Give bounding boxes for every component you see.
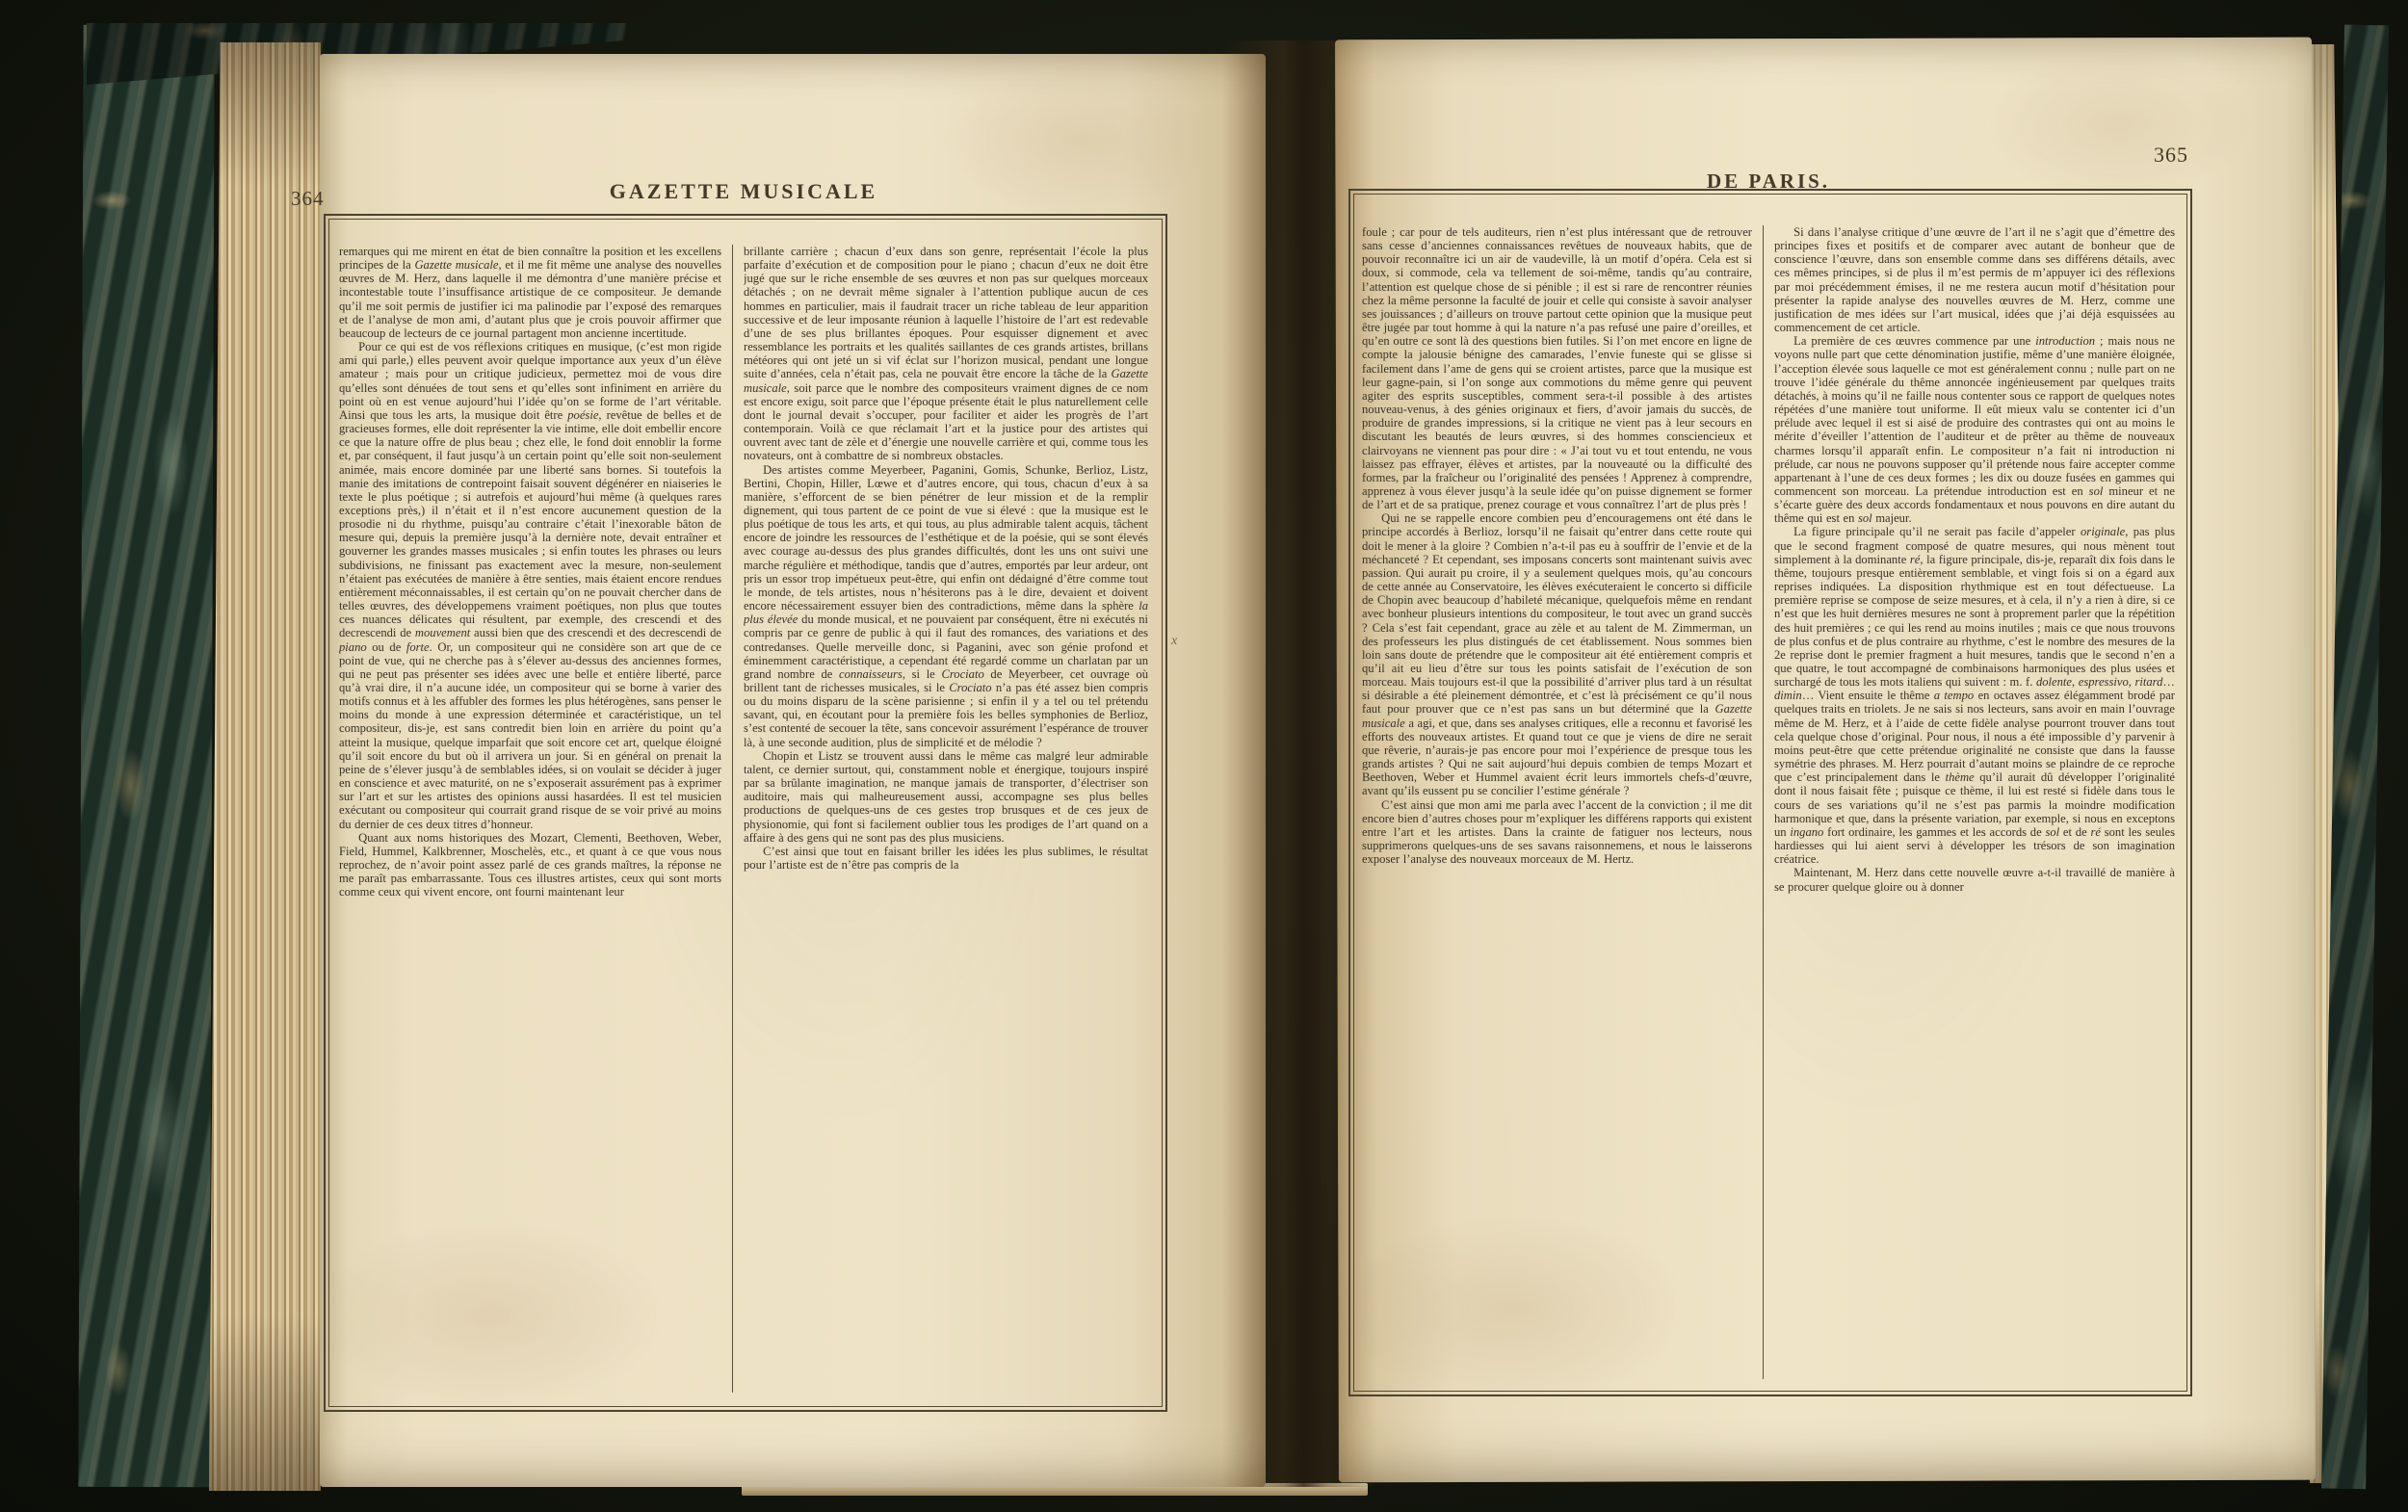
right-page-number: 365: [2096, 143, 2188, 168]
left-page-column-2: brillante carrière ; chacun d’eux dans s…: [744, 245, 1148, 1393]
right-page-column-2: Si dans l’analyse critique d’une œuvre d…: [1774, 225, 2175, 1379]
paragraph: C’est ainsi que mon ami me parla avec l’…: [1362, 798, 1752, 867]
right-page-columns: foule ; car pour de tels auditeurs, rien…: [1362, 225, 2175, 1379]
paragraph: Quant aux noms historiques des Mozart, C…: [339, 831, 721, 899]
paragraph: foule ; car pour de tels auditeurs, rien…: [1362, 225, 1752, 511]
paragraph: Qui ne se rappelle encore combien peu d’…: [1362, 511, 1752, 797]
left-column-divider-rule: [732, 245, 733, 1393]
paragraph: Pour ce qui est de vos réflexions critiq…: [339, 340, 721, 831]
right-page-column-1: foule ; car pour de tels auditeurs, rien…: [1362, 225, 1752, 1379]
left-page-column-1: remarques qui me mirent en état de bien …: [339, 245, 721, 1393]
left-running-title: GAZETTE MUSICALE: [324, 179, 1164, 204]
paragraph: La première de ces œuvres commence par u…: [1774, 334, 2175, 525]
photographed-book-spread: 364 GAZETTE MUSICALE remarques qui me mi…: [0, 0, 2408, 1512]
paragraph: Si dans l’analyse critique d’une œuvre d…: [1774, 225, 2175, 334]
paragraph: remarques qui me mirent en état de bien …: [339, 245, 721, 340]
pencil-margin-mark: x: [1171, 634, 1177, 649]
paragraph: Maintenant, M. Herz dans cette nouvelle …: [1774, 866, 2175, 893]
paragraph: La figure principale qu’il ne serait pas…: [1774, 525, 2175, 866]
left-page-fore-edge-stack: [209, 42, 321, 1491]
paragraph: Chopin et Listz se trouvent aussi dans l…: [744, 749, 1148, 845]
paragraph: Des artistes comme Meyerbeer, Paganini, …: [744, 463, 1148, 749]
paragraph: brillante carrière ; chacun d’eux dans s…: [744, 245, 1148, 463]
left-page-number: 364: [291, 187, 325, 211]
left-cover-marbled-board: [78, 25, 214, 1487]
left-page-columns: remarques qui me mirent en état de bien …: [339, 245, 1148, 1393]
paragraph: C’est ainsi que tout en faisant briller …: [744, 845, 1148, 872]
right-column-divider-rule: [1763, 225, 1764, 1379]
